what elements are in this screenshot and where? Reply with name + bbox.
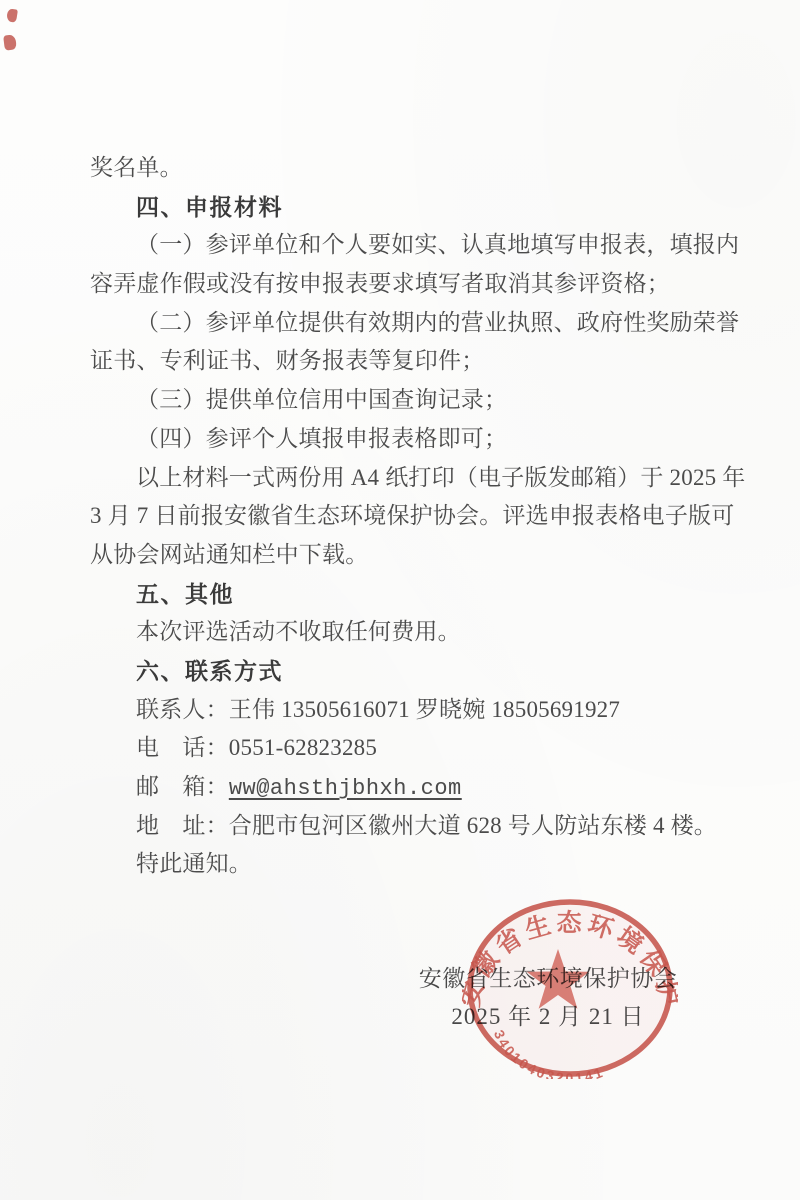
email-line: 邮 箱：ww@ahsthjbhxh.com — [90, 768, 740, 807]
scanned-notice-page: 奖名单。 四、申报材料 （一）参评单位和个人要如实、认真地填写申报表，填报内 容… — [0, 0, 800, 1200]
email-address: ww@ahsthjbhxh.com — [229, 776, 462, 801]
doc-line: 3 月 7 日前报安徽省生态环境保护协会。评选申报表格电子版可 — [90, 497, 740, 536]
doc-line-item-2: （二）参评单位提供有效期内的营业执照、政府性奖励荣誉 — [90, 304, 740, 343]
section-heading-other: 五、其他 — [90, 575, 740, 614]
doc-line-item-4: （四）参评个人填报申报表格即可； — [90, 420, 740, 459]
section-heading-contact: 六、联系方式 — [90, 652, 740, 691]
email-label: 邮 箱： — [136, 774, 229, 799]
official-seal: 安徽省生态环境保护协会 3401040320141 — [462, 897, 678, 1079]
doc-line-item-1: （一）参评单位和个人要如实、认真地填写申报表，填报内 — [90, 226, 740, 265]
red-scan-artifact-icon — [6, 8, 18, 22]
doc-line-no-fee: 本次评选活动不收取任何费用。 — [90, 613, 740, 652]
document-body: 奖名单。 四、申报材料 （一）参评单位和个人要如实、认真地填写申报表，填报内 容… — [90, 149, 740, 884]
doc-line: 以上材料一式两份用 A4 纸打印（电子版发邮箱）于 2025 年 — [90, 459, 740, 498]
address-line: 地 址：合肥市包河区徽州大道 628 号人防站东楼 4 楼。 — [90, 807, 740, 846]
section-heading-application-materials: 四、申报材料 — [90, 188, 740, 227]
doc-line: 从协会网站通知栏中下载。 — [90, 536, 740, 575]
doc-line: 奖名单。 — [90, 149, 740, 188]
contact-person-line: 联系人：王伟 13505616071 罗晓婉 18505691927 — [90, 691, 740, 730]
doc-line: 容弄虚作假或没有按申报表要求填写者取消其参评资格； — [90, 265, 740, 304]
red-scan-artifact-icon — [3, 34, 17, 50]
doc-line: 证书、专利证书、财务报表等复印件； — [90, 342, 740, 381]
closing-line: 特此通知。 — [90, 845, 740, 884]
doc-line-item-3: （三）提供单位信用中国查询记录； — [90, 381, 740, 420]
phone-line: 电 话：0551-62823285 — [90, 729, 740, 768]
